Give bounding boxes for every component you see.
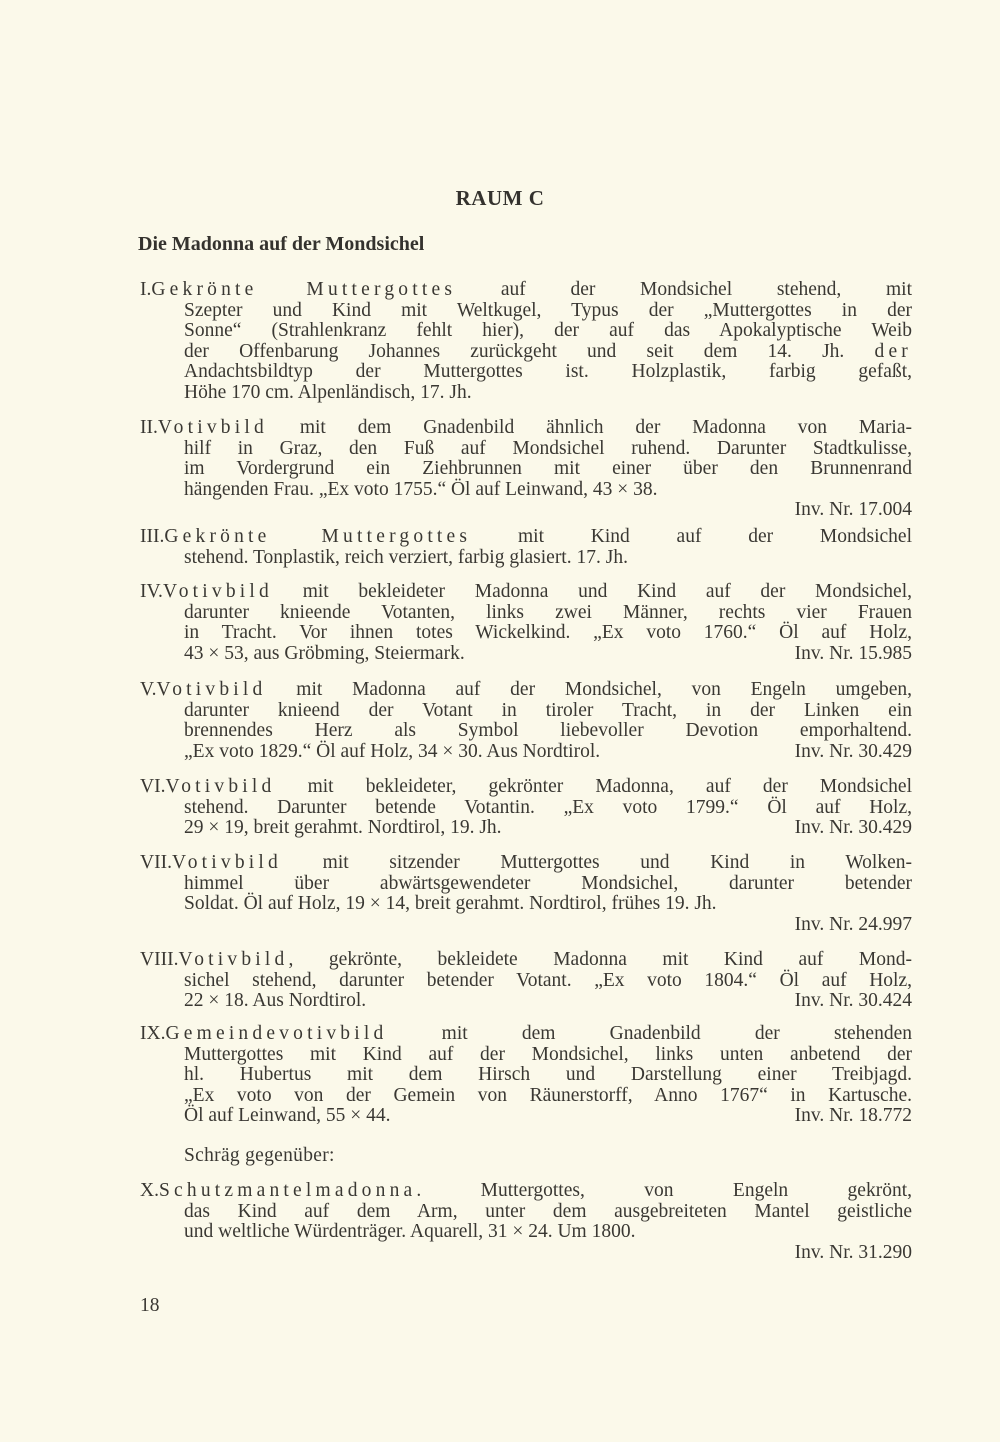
entry-title-spaced: Votivbild [172, 852, 282, 873]
entry-line: in Tracht. Vor ihnen totes Wickelkind. „… [184, 623, 912, 644]
entry-line: X. Schutzmantelmadonna. Muttergottes, vo… [140, 1181, 912, 1202]
entry-text-spaced: der [875, 341, 913, 362]
entry-text: stehend. Darunter betende Votantin. „Ex … [184, 797, 912, 818]
entry-text: mit bekleideter, gekrönter Madonna, auf … [276, 776, 913, 797]
entry-text: auf der Mondsichel stehend, mit [456, 279, 912, 300]
catalog-entry: VII. Votivbild mit sitzender Muttergotte… [140, 853, 912, 935]
entry-text: , gekrönte, bekleidete Madonna mit Kind … [289, 949, 913, 970]
entry-line: VII. Votivbild mit sitzender Muttergotte… [140, 853, 912, 874]
entry-text: „Ex voto 1829.“ Öl auf Holz, 34 × 30. Au… [184, 741, 600, 762]
catalog-entry: IV. Votivbild mit bekleideter Madonna un… [140, 582, 912, 664]
entry-text: mit sitzender Muttergottes und Kind in W… [282, 852, 912, 873]
entry-line: III. Gekrönte Muttergottes mit Kind auf … [140, 527, 912, 548]
entry-line: hl. Hubertus mit dem Hirsch und Darstell… [184, 1065, 912, 1086]
entry-line: stehend. Darunter betende Votantin. „Ex … [184, 798, 912, 819]
inventory-number: Inv. Nr. 15.985 [795, 644, 912, 665]
entry-line: darunter knieend der Votant in tiroler T… [184, 701, 912, 722]
entry-line: der Offenbarung Johannes zurückgeht und … [184, 342, 912, 363]
entry-text: hängenden Frau. „Ex voto 1755.“ Öl auf L… [184, 479, 657, 500]
entry-text: 29 × 19, breit gerahmt. Nordtirol, 19. J… [184, 817, 502, 838]
entry-line: VI. Votivbild mit bekleideter, gekrönter… [140, 777, 912, 798]
entry-text: darunter knieende Votanten, links zwei M… [184, 602, 912, 623]
entry-text: stehend. Tonplastik, reich verziert, far… [184, 547, 628, 568]
entry-line: hängenden Frau. „Ex voto 1755.“ Öl auf L… [184, 480, 912, 501]
entry-line: V. Votivbild mit Madonna auf der Mondsic… [140, 680, 912, 701]
entry-text: sichel stehend, darunter betender Votant… [184, 970, 912, 991]
entry-number: I. [140, 280, 151, 301]
entry-text: das Kind auf dem Arm, unter dem ausgebre… [184, 1201, 912, 1222]
entry-text: darunter knieend der Votant in tiroler T… [184, 700, 912, 721]
entry-number: VII. [140, 853, 172, 874]
entry-title-spaced: Votivbild [156, 679, 266, 700]
entry-title-spaced: Votivbild [165, 776, 275, 797]
entry-text: brennendes Herz als Symbol liebevoller D… [184, 720, 912, 741]
intro-text-schraeg-gegenueber: Schräg gegenüber: [184, 1145, 335, 1167]
entry-title-spaced: Votivbild [178, 949, 288, 970]
entry-title-spaced: Gekrönte Muttergottes [151, 279, 456, 300]
catalog-entry: VI. Votivbild mit bekleideter, gekrönter… [140, 777, 912, 839]
entry-line: 43 × 53, aus Gröbming, Steiermark.Inv. N… [184, 644, 912, 665]
entry-text: Szepter und Kind mit Weltkugel, Typus de… [184, 300, 912, 321]
inventory-number: Inv. Nr. 30.429 [795, 742, 912, 763]
entry-number: V. [140, 680, 156, 701]
entry-number: II. [140, 418, 158, 439]
entry-text: und weltliche Würdenträger. Aquarell, 31… [184, 1221, 635, 1242]
entry-text: Öl auf Leinwand, 55 × 44. [184, 1105, 391, 1126]
entry-line: 29 × 19, breit gerahmt. Nordtirol, 19. J… [184, 818, 912, 839]
catalog-entry: IX. Gemeindevotivbild mit dem Gnadenbild… [140, 1024, 912, 1127]
room-title: RAUM C [0, 186, 1000, 211]
entry-text: mit Kind auf der Mondsichel [471, 526, 912, 547]
entry-text: 43 × 53, aus Gröbming, Steiermark. [184, 643, 465, 664]
entry-text: mit bekleideter Madonna und Kind auf der… [273, 581, 912, 602]
entry-line: Sonne“ (Strahlenkranz fehlt hier), der a… [184, 321, 912, 342]
entry-text: mit Madonna auf der Mondsichel, von Enge… [267, 679, 913, 700]
entry-text: Muttergottes mit Kind auf der Mondsichel… [184, 1044, 912, 1065]
entry-line: VIII. Votivbild, gekrönte, bekleidete Ma… [140, 950, 912, 971]
entry-title-spaced: Gekrönte Muttergottes [164, 526, 471, 547]
entry-line: Muttergottes mit Kind auf der Mondsichel… [184, 1045, 912, 1066]
entry-text: himmel über abwärtsgewendeter Mondsichel… [184, 873, 912, 894]
entry-number: VIII. [140, 950, 178, 971]
entry-line: und weltliche Würdenträger. Aquarell, 31… [184, 1222, 912, 1243]
entry-line: das Kind auf dem Arm, unter dem ausgebre… [184, 1202, 912, 1223]
inventory-number: Inv. Nr. 30.429 [795, 818, 912, 839]
catalog-entry: X. Schutzmantelmadonna. Muttergottes, vo… [140, 1181, 912, 1263]
catalog-entry: II. Votivbild mit dem Gnadenbild ähnlich… [140, 418, 912, 521]
entry-text: in Tracht. Vor ihnen totes Wickelkind. „… [184, 622, 912, 643]
entry-line: stehend. Tonplastik, reich verziert, far… [184, 548, 912, 569]
catalog-entry: V. Votivbild mit Madonna auf der Mondsic… [140, 680, 912, 762]
entry-text: . Muttergottes, von Engeln gekrönt, [416, 1180, 912, 1201]
entry-number: IX. [140, 1024, 165, 1045]
entry-line: 22 × 18. Aus Nordtirol.Inv. Nr. 30.424 [184, 991, 912, 1012]
entry-line: Szepter und Kind mit Weltkugel, Typus de… [184, 301, 912, 322]
entry-line: „Ex voto von der Gemein von Räunerstorff… [184, 1086, 912, 1107]
entry-line: brennendes Herz als Symbol liebevoller D… [184, 721, 912, 742]
entry-title-spaced: Votivbild [158, 417, 268, 438]
entry-text: Soldat. Öl auf Holz, 19 × 14, breit gera… [184, 893, 717, 914]
entry-title-spaced: Schutzmantelmadonna [159, 1180, 416, 1201]
entry-line: Andachtsbildtyp der Muttergottes ist. Ho… [184, 362, 912, 383]
entry-number: IV. [140, 582, 163, 603]
entry-number: III. [140, 527, 164, 548]
entry-line: Höhe 170 cm. Alpenländisch, 17. Jh. [184, 383, 912, 404]
entry-line: sichel stehend, darunter betender Votant… [184, 971, 912, 992]
entry-text: der Offenbarung Johannes zurückgeht und … [184, 341, 875, 362]
entry-line: Öl auf Leinwand, 55 × 44.Inv. Nr. 18.772 [184, 1106, 912, 1127]
entry-number: VI. [140, 777, 165, 798]
entry-line: II. Votivbild mit dem Gnadenbild ähnlich… [140, 418, 912, 439]
entry-line: „Ex voto 1829.“ Öl auf Holz, 34 × 30. Au… [184, 742, 912, 763]
entry-line: Soldat. Öl auf Holz, 19 × 14, breit gera… [184, 894, 912, 915]
entry-text: „Ex voto von der Gemein von Räunerstorff… [184, 1085, 912, 1106]
page-number: 18 [140, 1295, 160, 1317]
inventory-number: Inv. Nr. 30.424 [795, 991, 912, 1012]
catalog-entry: VIII. Votivbild, gekrönte, bekleidete Ma… [140, 950, 912, 1012]
entry-text: mit dem Gnadenbild der stehenden [387, 1023, 912, 1044]
entry-line: darunter knieende Votanten, links zwei M… [184, 603, 912, 624]
entry-line: im Vordergrund ein Ziehbrunnen mit einer… [184, 459, 912, 480]
entry-text: Andachtsbildtyp der Muttergottes ist. Ho… [184, 361, 912, 382]
inventory-number: Inv. Nr. 18.772 [795, 1106, 912, 1127]
entry-text: hl. Hubertus mit dem Hirsch und Darstell… [184, 1064, 912, 1085]
entry-line: IX. Gemeindevotivbild mit dem Gnadenbild… [140, 1024, 912, 1045]
inventory-number: Inv. Nr. 31.290 [140, 1243, 912, 1264]
entry-number: X. [140, 1181, 159, 1202]
entry-line: I. Gekrönte Muttergottes auf der Mondsic… [140, 280, 912, 301]
entry-line: hilf in Graz, den Fuß auf Mondsichel ruh… [184, 439, 912, 460]
inventory-number: Inv. Nr. 17.004 [140, 500, 912, 521]
entry-text: mit dem Gnadenbild ähnlich der Madonna v… [268, 417, 912, 438]
entry-line: IV. Votivbild mit bekleideter Madonna un… [140, 582, 912, 603]
entry-text: Sonne“ (Strahlenkranz fehlt hier), der a… [184, 320, 912, 341]
document-page: RAUM C Die Madonna auf der Mondsichel I.… [0, 0, 1000, 1442]
entry-text: Höhe 170 cm. Alpenländisch, 17. Jh. [184, 382, 472, 403]
entry-title-spaced: Gemeindevotivbild [165, 1023, 387, 1044]
entry-line: himmel über abwärtsgewendeter Mondsichel… [184, 874, 912, 895]
catalog-entry: III. Gekrönte Muttergottes mit Kind auf … [140, 527, 912, 568]
entry-title-spaced: Votivbild [163, 581, 273, 602]
catalog-entry: I. Gekrönte Muttergottes auf der Mondsic… [140, 280, 912, 404]
entry-text: im Vordergrund ein Ziehbrunnen mit einer… [184, 458, 912, 479]
section-title: Die Madonna auf der Mondsichel [138, 233, 424, 256]
inventory-number: Inv. Nr. 24.997 [140, 915, 912, 936]
entry-text: hilf in Graz, den Fuß auf Mondsichel ruh… [184, 438, 912, 459]
entry-text: 22 × 18. Aus Nordtirol. [184, 990, 366, 1011]
